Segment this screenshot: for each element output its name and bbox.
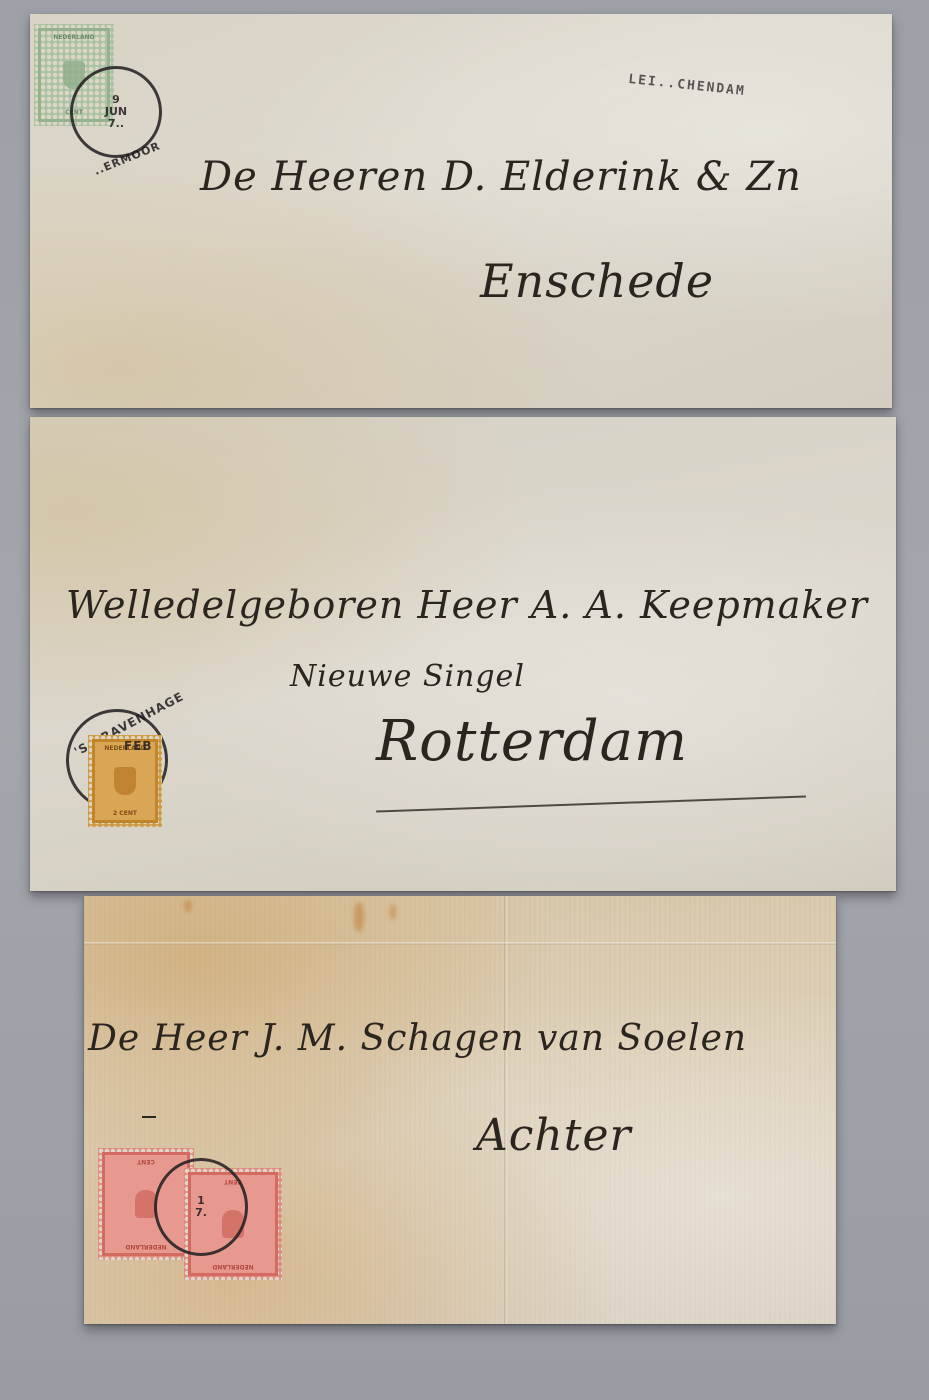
rust-stain [184, 900, 192, 912]
line-cancel: LEI..CHENDAM [628, 72, 747, 99]
postmark-year: 7.. [108, 118, 124, 130]
postmark-circle: 1 7. [154, 1158, 248, 1256]
address-line-1: Welledelgeboren Heer A. A. Keepmaker [66, 583, 868, 627]
address-line-2: Enschede [480, 254, 714, 308]
stamp-value: CENT [137, 1158, 155, 1165]
rust-stain [354, 902, 364, 932]
address-line-2: Achter [476, 1110, 632, 1161]
fold-crease-horizontal [84, 942, 836, 945]
envelope-rotterdam: Welledelgeboren Heer A. A. Keepmaker Nie… [30, 417, 896, 891]
stamp-value: 2 CENT [113, 810, 137, 817]
address-line-3: Rotterdam [376, 709, 688, 774]
stamp-top-text: NEDERLAND [212, 1263, 253, 1270]
postmark-year: 7. [195, 1207, 207, 1219]
dash-mark [142, 1116, 156, 1118]
postmark-date: FEB [124, 739, 153, 753]
stamp-top-text: NEDERLAND [53, 34, 94, 41]
address-line-1: De Heer J. M. Schagen van Soelen [88, 1018, 747, 1059]
address-line-1: De Heeren D. Elderink & Zn [200, 154, 802, 200]
stamp-top-text: NEDERLAND [125, 1243, 166, 1250]
rust-stain [390, 904, 396, 920]
address-line-2: Nieuwe Singel [290, 659, 525, 694]
envelope-achter: De Heer J. M. Schagen van Soelen Achter … [84, 896, 836, 1324]
crest-icon [114, 767, 136, 795]
address-underline [376, 795, 806, 812]
envelope-enschede: NEDERLAND CENT 9 JUN 7.. ..ERMOOR LEI..C… [30, 14, 892, 408]
